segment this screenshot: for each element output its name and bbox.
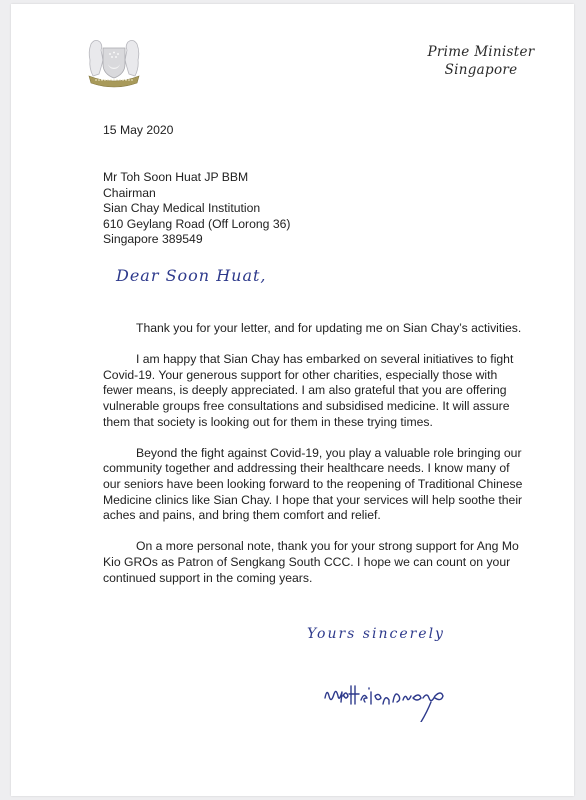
recipient-city: Singapore 389549 (103, 232, 290, 248)
body-paragraph: I am happy that Sian Chay has embarked o… (103, 352, 523, 430)
handwritten-salutation: Dear Soon Huat, (116, 266, 267, 285)
recipient-organisation: Sian Chay Medical Institution (103, 201, 290, 217)
letterhead-title: Prime Minister (406, 44, 556, 60)
recipient-title: Chairman (103, 186, 290, 202)
recipient-name: Mr Toh Soon Huat JP BBM (103, 170, 290, 186)
handwritten-closing: Yours sincerely (307, 626, 445, 642)
signature-icon (321, 672, 461, 722)
recipient-address: Mr Toh Soon Huat JP BBM Chairman Sian Ch… (103, 170, 290, 248)
body-paragraph: Beyond the fight against Covid-19, you p… (103, 446, 523, 524)
letter-date: 15 May 2020 (103, 123, 173, 139)
letter-page: Prime Minister Singapore 15 May 2020 Mr … (11, 4, 574, 796)
coat-of-arms-icon (85, 36, 143, 92)
body-paragraph: On a more personal note, thank you for y… (103, 539, 523, 586)
body-paragraph: Thank you for your letter, and for updat… (103, 321, 523, 337)
letterhead-country: Singapore (406, 62, 556, 78)
recipient-street: 610 Geylang Road (Off Lorong 36) (103, 217, 290, 233)
letter-body: Thank you for your letter, and for updat… (103, 321, 523, 602)
